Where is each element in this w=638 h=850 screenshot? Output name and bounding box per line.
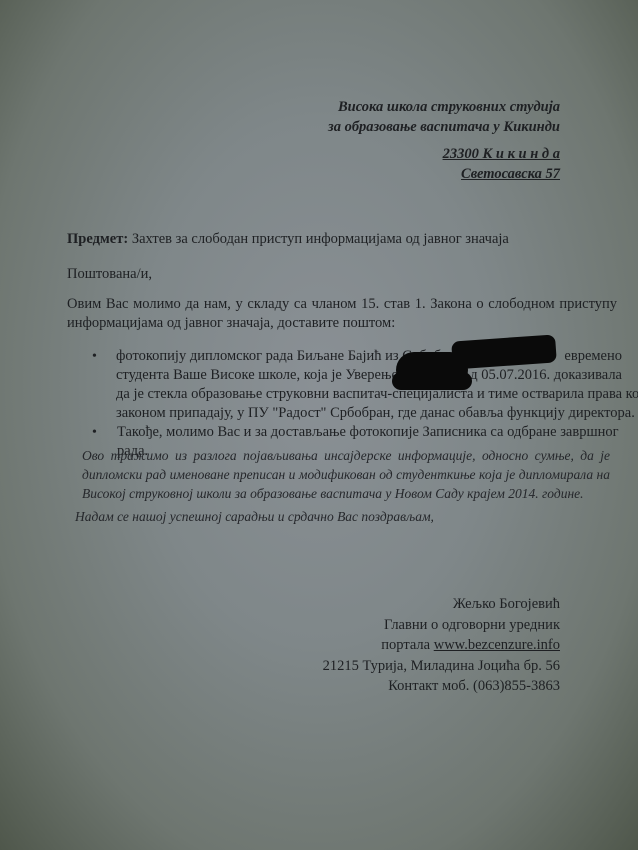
bullet-1-line-3: да је стекла образовање струковни васпит… [116, 385, 622, 404]
recipient-line-2: за образовање васпитача у Кикинди [328, 117, 560, 137]
request-list: фотокопију дипломског рада Биљане Бајић … [92, 347, 622, 461]
closing-line: Надам се нашој успешној сарадњи и срдачн… [75, 509, 434, 525]
recipient-line-1: Висока школа струковних студија [328, 97, 560, 117]
subject-label: Предмет: [67, 231, 128, 247]
recipient-address: 23300 К и к и н д а Светосавска 57 [443, 144, 560, 184]
signatory-portal: портала www.bezcenzure.info [323, 635, 560, 656]
signatory-address: 21215 Турија, Миладина Јоцића бр. 56 [323, 656, 560, 677]
redaction-mark [392, 372, 472, 390]
bullet-1-line-4: законом припадају, у ПУ "Радост" Србобра… [116, 404, 622, 423]
recipient-city: 23300 К и к и н д а [443, 144, 560, 164]
subject-text: Захтев за слободан приступ информацијама… [128, 231, 509, 247]
portal-link[interactable]: www.bezcenzure.info [434, 637, 560, 653]
reason-paragraph: Ово тражимо из разлога појављивања инсај… [82, 446, 610, 503]
bullet-1-line-2: студента Ваше Високе школе, која је Увер… [116, 366, 425, 385]
portal-prefix: портала [381, 637, 433, 653]
signatory-name: Жељко Богојевић [323, 594, 560, 615]
intro-paragraph: Овим Вас молимо да нам, у складу са члан… [67, 295, 617, 333]
bullet-1-line-1-end: евремено [564, 347, 622, 366]
letter-page: Висока школа струковних студија за образ… [0, 0, 638, 850]
signatory-contact: Контакт моб. (063)855-3863 [323, 676, 560, 697]
signature-block: Жељко Богојевић Главни о одговорни уредн… [323, 594, 560, 697]
signatory-title: Главни о одговорни уредник [323, 615, 560, 636]
bullet-1-line-2-end: д 05.07.2016. доказивала [470, 366, 622, 385]
greeting: Поштована/и, [67, 266, 152, 283]
subject-line: Предмет: Захтев за слободан приступ инфо… [67, 231, 509, 248]
recipient-street: Светосавска 57 [443, 164, 560, 184]
recipient-block: Висока школа струковних студија за образ… [328, 97, 560, 137]
